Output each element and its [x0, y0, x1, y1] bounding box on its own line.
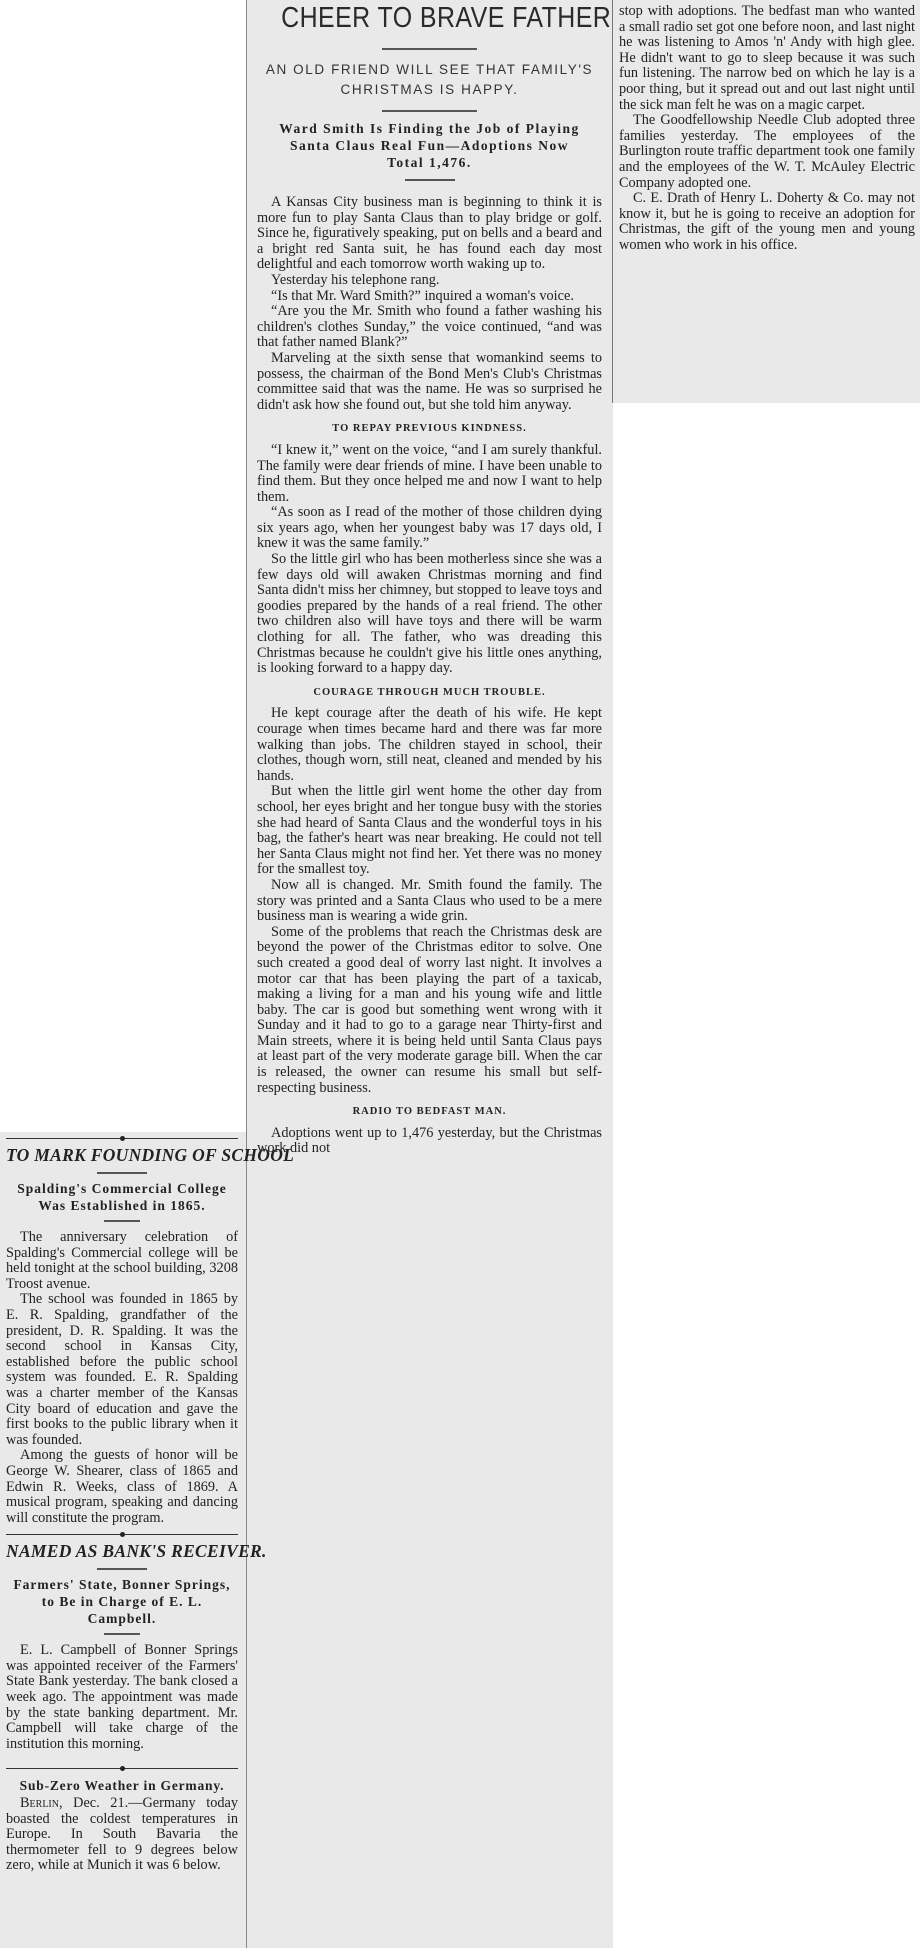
- paragraph: Adoptions went up to 1,476 yesterday, bu…: [257, 1126, 602, 1157]
- main-body-1: A Kansas City business man is beginning …: [257, 195, 602, 413]
- divider-rule: [97, 1172, 147, 1174]
- weather-paragraph: Berlin, Dec. 21.—Germany today boasted t…: [6, 1796, 238, 1874]
- dot-separator: [6, 1136, 238, 1142]
- bank-body: E. L. Campbell of Bonner Springs was app…: [6, 1643, 238, 1752]
- main-body-3: He kept courage after the death of his w…: [257, 706, 602, 1096]
- divider-rule: [382, 110, 477, 112]
- paragraph: So the little girl who has been motherle…: [257, 552, 602, 677]
- school-body: The anniversary celebration of Spalding'…: [6, 1230, 238, 1526]
- paragraph: But when the little girl went home the o…: [257, 784, 602, 878]
- paragraph: Some of the problems that reach the Chri…: [257, 925, 602, 1097]
- subhead-radio: RADIO TO BEDFAST MAN.: [257, 1104, 602, 1120]
- school-deck: Spalding's Commercial College Was Establ…: [6, 1180, 238, 1214]
- paragraph: “Are you the Mr. Smith who found a fathe…: [257, 304, 602, 351]
- paragraph: C. E. Drath of Henry L. Doherty & Co. ma…: [619, 191, 915, 253]
- continued-story-clipping: stop with adoptions. The bedfast man who…: [612, 0, 920, 403]
- divider-rule: [97, 1568, 147, 1570]
- paragraph: “Is that Mr. Ward Smith?” inquired a wom…: [257, 289, 602, 305]
- paragraph: Now all is changed. Mr. Smith found the …: [257, 878, 602, 925]
- school-headline: TO MARK FOUNDING OF SCHOOL: [6, 1144, 238, 1166]
- main-body-4: Adoptions went up to 1,476 yesterday, bu…: [257, 1126, 602, 1157]
- subhead-courage: COURAGE THROUGH MUCH TROUBLE.: [257, 685, 602, 701]
- continued-column: stop with adoptions. The bedfast man who…: [619, 4, 915, 254]
- main-deck-2: Ward Smith Is Finding the Job of Playing…: [277, 120, 582, 171]
- subhead-repay: TO REPAY PREVIOUS KINDNESS.: [257, 421, 602, 437]
- dot-separator: [6, 1766, 238, 1772]
- main-story-clipping: CHEER TO BRAVE FATHER AN OLD FRIEND WILL…: [246, 0, 613, 1948]
- paragraph: Marveling at the sixth sense that womank…: [257, 351, 602, 413]
- paragraph: A Kansas City business man is beginning …: [257, 195, 602, 273]
- paragraph: “I knew it,” went on the voice, “and I a…: [257, 443, 602, 505]
- paragraph: “As soon as I read of the mother of thos…: [257, 505, 602, 552]
- main-body-2: “I knew it,” went on the voice, “and I a…: [257, 443, 602, 677]
- brief-stories-column: TO MARK FOUNDING OF SCHOOL Spalding's Co…: [6, 1134, 238, 1874]
- main-headline: CHEER TO BRAVE FATHER: [281, 2, 578, 34]
- paragraph: The Goodfellowship Needle Club adopted t…: [619, 113, 915, 191]
- paragraph: The anniversary celebration of Spalding'…: [6, 1230, 238, 1292]
- paragraph: Yesterday his telephone rang.: [257, 273, 602, 289]
- divider-rule: [382, 48, 477, 50]
- divider-rule: [405, 179, 455, 181]
- weather-headline: Sub-Zero Weather in Germany.: [6, 1778, 238, 1794]
- paragraph: The school was founded in 1865 by E. R. …: [6, 1292, 238, 1448]
- paragraph: Among the guests of honor will be George…: [6, 1448, 238, 1526]
- paragraph: He kept courage after the death of his w…: [257, 706, 602, 784]
- weather-dateline: Berlin: [20, 1795, 59, 1811]
- brief-stories-clipping: TO MARK FOUNDING OF SCHOOL Spalding's Co…: [0, 1132, 246, 1948]
- paragraph: stop with adoptions. The bedfast man who…: [619, 4, 915, 113]
- main-deck-1: AN OLD FRIEND WILL SEE THAT FAMILY'S CHR…: [257, 60, 602, 100]
- main-story-column: CHEER TO BRAVE FATHER AN OLD FRIEND WILL…: [257, 2, 602, 1157]
- dot-separator: [6, 1532, 238, 1538]
- bank-headline: NAMED AS BANK'S RECEIVER.: [6, 1540, 238, 1562]
- divider-rule: [104, 1220, 140, 1222]
- divider-rule: [104, 1633, 140, 1635]
- bank-deck: Farmers' State, Bonner Springs, to Be in…: [6, 1576, 238, 1627]
- paragraph: E. L. Campbell of Bonner Springs was app…: [6, 1643, 238, 1752]
